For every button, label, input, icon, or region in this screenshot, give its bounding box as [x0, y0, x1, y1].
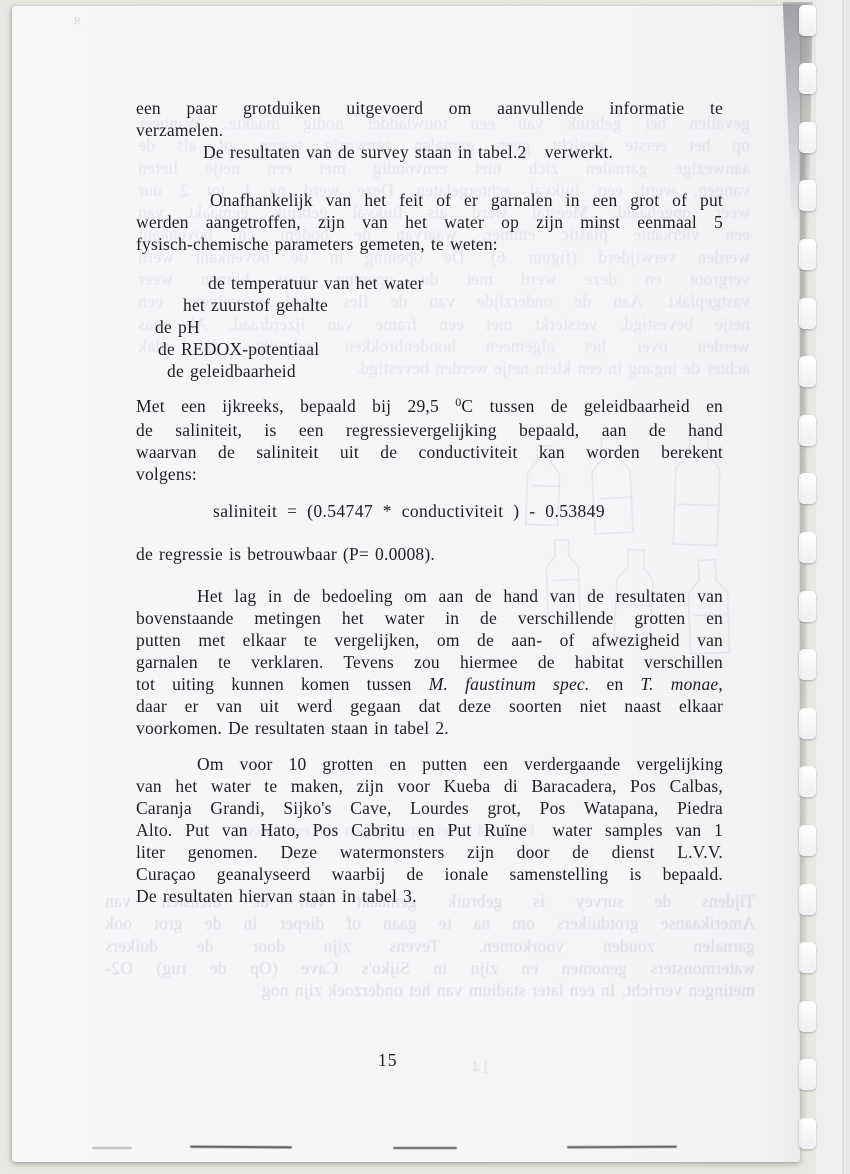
paragraph-intro: een paar grotduiken uitgevoerd om aanvul… — [136, 97, 723, 163]
page-number: 15 — [378, 1050, 408, 1071]
text-line: De resultaten van de survey staan in tab… — [136, 141, 723, 163]
text-line: putten met elkaar te vergelijken, om de … — [136, 629, 723, 651]
text-segment: Met een ijkreeks, bepaald bij 29,5 — [136, 396, 455, 416]
paragraph-parameter-list: de temperatuur van het waterhet zuurstof… — [136, 272, 723, 382]
paragraph-methods: Onafhankelijk van het feit of er garnale… — [136, 189, 723, 255]
text-line: de temperatuur van het water — [136, 272, 723, 294]
corner-mark: R — [73, 16, 81, 28]
text-line: tot uiting kunnen komen tussen M. fausti… — [136, 673, 723, 695]
text-line: de saliniteit, is een regressievergelijk… — [136, 419, 723, 441]
text-segment: daar er van uit werd gegaan dat deze soo… — [136, 696, 723, 716]
text-line: Het lag in de bedoeling om aan de hand v… — [136, 585, 723, 607]
text-line: Curaçao geanalyseerd waarbij de ionale s… — [136, 863, 723, 885]
binding-tooth — [799, 473, 816, 504]
binding-tooth — [799, 239, 816, 270]
text-line: De resultaten hiervan staan in tabel 3. — [136, 885, 723, 907]
text-line: fysisch-chemische parameters gemeten, te… — [136, 233, 723, 255]
binding-tooth — [799, 649, 816, 680]
binding-tooth — [799, 1001, 816, 1032]
text-line: garnalen te verklaren. Tevens zou hierme… — [136, 651, 723, 673]
binding-tooth — [799, 356, 816, 387]
binding-tooth — [799, 1118, 816, 1149]
binding-tooth — [799, 1059, 816, 1090]
binding-tooth — [799, 415, 816, 446]
text-segment: de pH — [155, 317, 200, 337]
text-line: volgens: — [136, 463, 723, 485]
text-line: liter genomen. Deze watermonsters zijn d… — [136, 841, 723, 863]
text-line: Met een ijkreeks, bepaald bij 29,5 0C tu… — [136, 395, 723, 419]
text-segment: waarvan de saliniteit uit de conductivit… — [136, 442, 723, 462]
text-segment: De resultaten hiervan staan in tabel 3. — [136, 886, 417, 906]
text-line: de pH — [136, 316, 723, 338]
binding-tooth — [799, 180, 816, 211]
binding-tooth — [799, 825, 816, 856]
paragraph-equation: saliniteit = (0.54747 * conductiviteit )… — [136, 500, 723, 522]
text-segment: saliniteit = (0.54747 * conductiviteit )… — [213, 501, 605, 521]
text-line: verzamelen. — [136, 119, 723, 141]
text-line: Om voor 10 grotten en putten een verderg… — [136, 753, 723, 775]
text-segment: volgens: — [136, 464, 197, 484]
binding-tooth — [799, 708, 816, 739]
text-segment: Curaçao geanalyseerd waarbij de ionale s… — [136, 864, 723, 884]
text-segment: Onafhankelijk van het feit of er garnale… — [210, 190, 723, 210]
text-segment: De resultaten van de survey staan in tab… — [203, 142, 613, 162]
paragraph-water-samples: Om voor 10 grotten en putten een verderg… — [136, 753, 723, 907]
text-segment: bovenstaande metingen het water in de ve… — [136, 608, 723, 628]
text-line: Onafhankelijk van het feit of er garnale… — [136, 189, 723, 211]
binding-tooth — [799, 5, 816, 36]
text-line: de REDOX-potentiaal — [136, 338, 723, 360]
text-line: Caranja Grandi, Sijko's Cave, Lourdes gr… — [136, 797, 723, 819]
text-segment: werden aangetroffen, zijn van het water … — [136, 212, 723, 232]
text-segment: de regressie is betrouwbaar (P= 0.0008). — [136, 544, 435, 564]
text-segment: de REDOX-potentiaal — [158, 339, 319, 359]
text-segment: fysisch-chemische parameters gemeten, te… — [136, 234, 498, 254]
binding-tooth — [799, 532, 816, 563]
binding-tooth — [799, 122, 816, 153]
species-name: M. faustinum spec. — [429, 674, 590, 694]
text-segment: liter genomen. Deze watermonsters zijn d… — [136, 842, 723, 862]
text-segment: , — [718, 674, 723, 694]
binding-tooth — [799, 591, 816, 622]
species-name: T. monae — [640, 674, 718, 694]
text-segment: van het water te maken, zijn voor Kueba … — [136, 776, 723, 796]
text-segment: tot uiting kunnen komen tussen — [136, 674, 429, 694]
text-line: van het water te maken, zijn voor Kueba … — [136, 775, 723, 797]
text-line: de geleidbaarheid — [136, 360, 723, 382]
text-segment: de temperatuur van het water — [208, 273, 424, 293]
text-segment: verzamelen. — [136, 120, 223, 140]
paragraph-regression-note: de regressie is betrouwbaar (P= 0.0008). — [136, 543, 723, 565]
text-segment: en — [589, 674, 640, 694]
text-line: bovenstaande metingen het water in de ve… — [136, 607, 723, 629]
binding-tooth — [799, 298, 816, 329]
text-segment: de saliniteit, is een regressievergelijk… — [136, 420, 723, 440]
text-segment: de geleidbaarheid — [167, 361, 296, 381]
text-line: werden aangetroffen, zijn van het water … — [136, 211, 723, 233]
text-line: het zuurstof gehalte — [136, 294, 723, 316]
superscript: 0 — [455, 395, 461, 409]
text-line: voorkomen. De resultaten staan in tabel … — [136, 717, 723, 739]
text-line: Alto. Put van Hato, Pos Cabritu en Put R… — [136, 819, 723, 841]
text-segment: Om voor 10 grotten en putten een verderg… — [197, 754, 723, 774]
text-segment: putten met elkaar te vergelijken, om de … — [136, 630, 723, 650]
text-segment: C tussen de geleidbaarheid en — [461, 396, 723, 416]
binding-tooth — [799, 942, 816, 973]
binding-tooth — [799, 766, 816, 797]
text-segment: een paar grotduiken uitgevoerd om aanvul… — [136, 98, 723, 118]
text-segment: voorkomen. De resultaten staan in tabel … — [136, 718, 449, 738]
text-segment: Caranja Grandi, Sijko's Cave, Lourdes gr… — [136, 798, 723, 818]
binding-tooth — [799, 884, 816, 915]
paragraph-calibration: Met een ijkreeks, bepaald bij 29,5 0C tu… — [136, 395, 723, 485]
text-line: een paar grotduiken uitgevoerd om aanvul… — [136, 97, 723, 119]
scanned-document: { "page": { "number": "15", "ghost_page_… — [0, 0, 850, 1174]
text-line: waarvan de saliniteit uit de conductivit… — [136, 441, 723, 463]
scan-artifact-line — [393, 1147, 457, 1149]
text-line: de regressie is betrouwbaar (P= 0.0008). — [136, 543, 723, 565]
text-segment: Alto. Put van Hato, Pos Cabritu en Put R… — [136, 820, 723, 840]
paragraph-comparison: Het lag in de bedoeling om aan de hand v… — [136, 585, 723, 739]
text-line: daar er van uit werd gegaan dat deze soo… — [136, 695, 723, 717]
scan-artifact-line — [92, 1147, 132, 1149]
binding-tooth — [799, 63, 816, 94]
text-segment: garnalen te verklaren. Tevens zou hierme… — [136, 652, 723, 672]
text-line: saliniteit = (0.54747 * conductiviteit )… — [136, 500, 723, 522]
text-segment: Het lag in de bedoeling om aan de hand v… — [197, 586, 723, 606]
text-block: een paar grotduiken uitgevoerd om aanvul… — [136, 97, 723, 907]
text-segment: het zuurstof gehalte — [183, 295, 328, 315]
